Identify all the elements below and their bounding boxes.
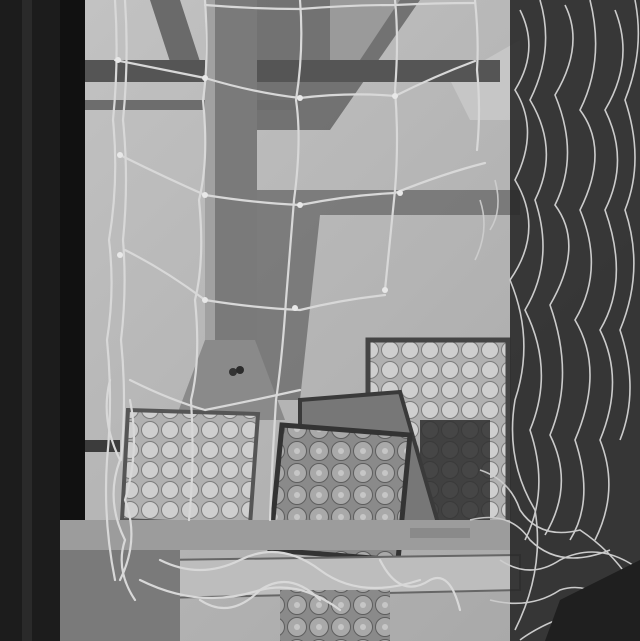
photograph [0, 0, 640, 641]
photo-illustration [0, 0, 640, 641]
